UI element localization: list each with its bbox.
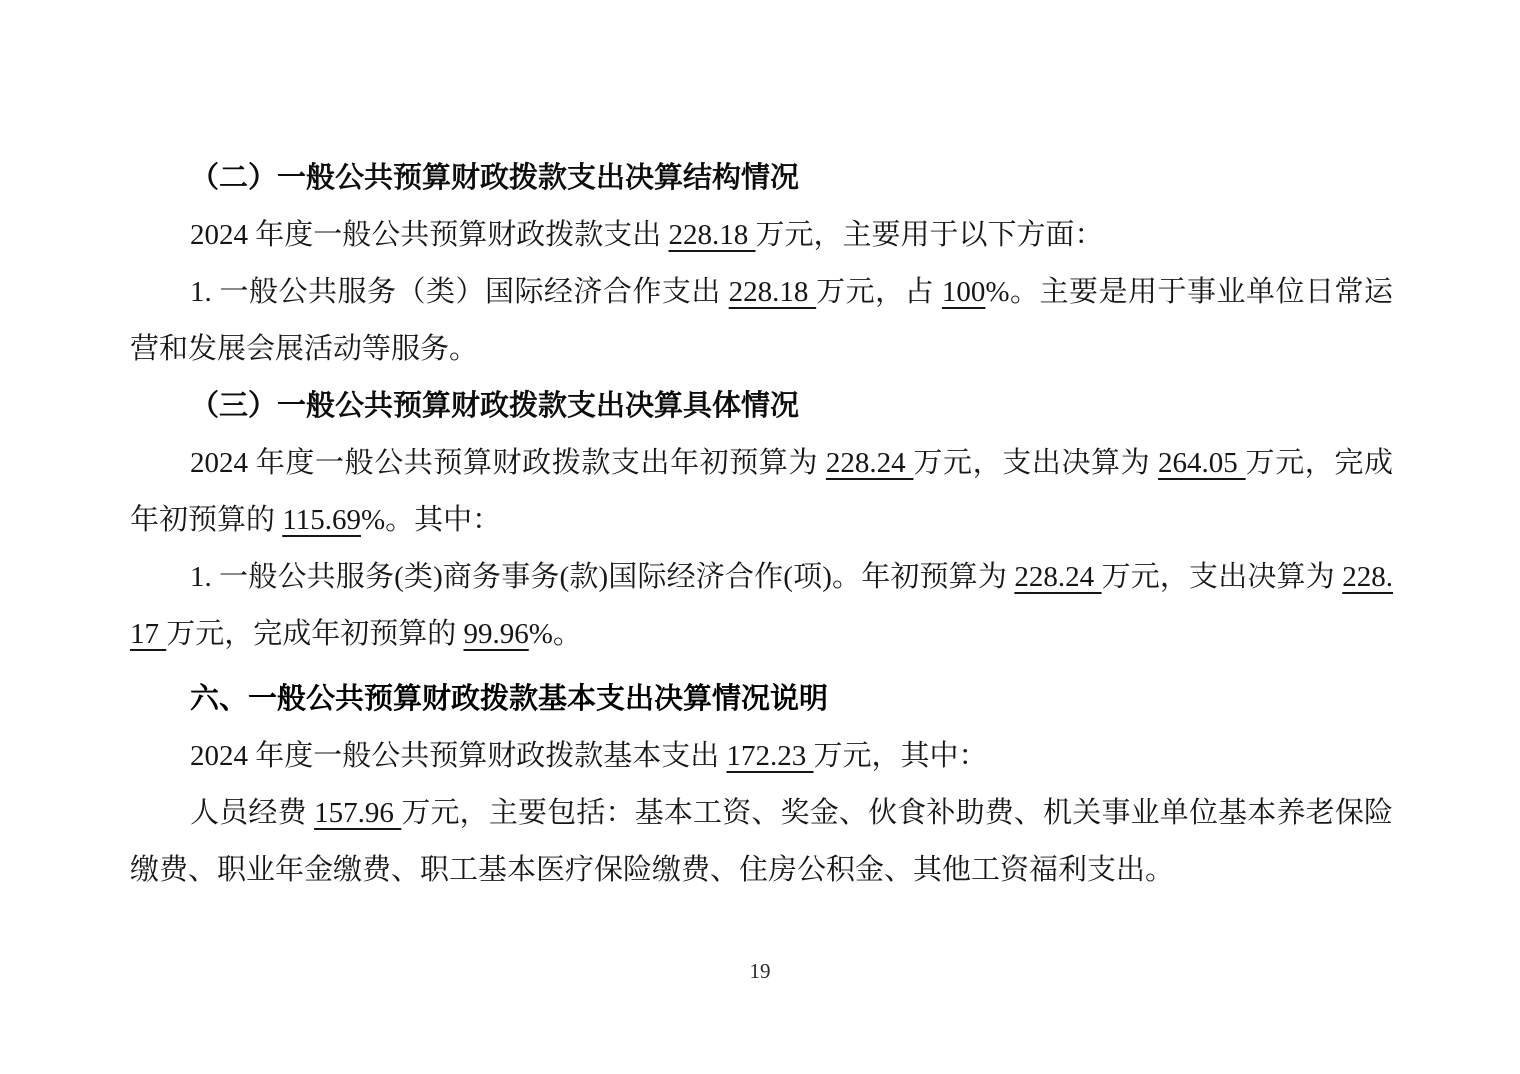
underlined-value: 115.69 xyxy=(282,504,361,536)
underlined-value: 172.23 xyxy=(727,740,814,772)
text-run: %。其中： xyxy=(361,504,501,536)
text-run: 2024 年度一般公共预算财政拨款支出年初预算为 xyxy=(190,447,826,479)
underlined-value: 100 xyxy=(942,276,986,308)
para-general-public-service: 1. 一般公共服务（类）国际经济合作支出 228.18 万元，占 100%。主要… xyxy=(130,264,1393,378)
section-heading-2: （二）一般公共预算财政拨款支出决算结构情况 xyxy=(130,150,1393,207)
para-expenditure-structure: 2024 年度一般公共预算财政拨款支出 228.18 万元，主要用于以下方面： xyxy=(130,207,1393,264)
section-heading-6: 六、一般公共预算财政拨款基本支出决算情况说明 xyxy=(130,671,1393,728)
text-run: 1. 一般公共服务（类）国际经济合作支出 xyxy=(190,276,729,308)
underlined-value: 228.24 xyxy=(1014,561,1101,593)
text-run: 万元，支出决算为 xyxy=(1102,561,1343,593)
text-run: 万元，完成年初预算的 xyxy=(166,618,463,650)
underlined-value: 264.05 xyxy=(1158,447,1246,479)
underlined-value: 99.96 xyxy=(464,618,529,650)
para-basic-expenditure: 2024 年度一般公共预算财政拨款基本支出 172.23 万元，其中： xyxy=(130,728,1393,785)
page-number: 19 xyxy=(0,956,1520,986)
text-run: 2024 年度一般公共预算财政拨款支出 xyxy=(190,219,669,251)
text-run: 六、一般公共预算财政拨款基本支出决算情况说明 xyxy=(190,683,828,715)
text-run: （二）一般公共预算财政拨款支出决算结构情况 xyxy=(190,162,799,194)
para-item-detail: 1. 一般公共服务(类)商务事务(款)国际经济合作(项)。年初预算为 228.2… xyxy=(130,549,1393,663)
section-heading-3: （三）一般公共预算财政拨款支出决算具体情况 xyxy=(130,378,1393,435)
text-run: 2024 年度一般公共预算财政拨款基本支出 xyxy=(190,740,727,772)
text-run: 1. 一般公共服务(类)商务事务(款)国际经济合作(项)。年初预算为 xyxy=(190,561,1014,593)
text-run: 万元，其中： xyxy=(814,740,988,772)
text-run: 人员经费 xyxy=(190,797,314,829)
text-run: %。 xyxy=(529,618,582,650)
underlined-value: 157.96 xyxy=(314,797,401,829)
document-page: { "page": { "background_color": "#ffffff… xyxy=(0,0,1520,1074)
document-body: （二）一般公共预算财政拨款支出决算结构情况 2024 年度一般公共预算财政拨款支… xyxy=(130,150,1393,899)
underlined-value: 228.18 xyxy=(729,276,817,308)
text-run: 万元，占 xyxy=(816,276,942,308)
underlined-value: 228.24 xyxy=(826,447,914,479)
underlined-value: 228.18 xyxy=(669,219,756,251)
text-run: 万元，主要用于以下方面： xyxy=(756,219,1104,251)
para-budget-vs-final: 2024 年度一般公共预算财政拨款支出年初预算为 228.24 万元，支出决算为… xyxy=(130,435,1393,549)
text-run: 万元，支出决算为 xyxy=(913,447,1158,479)
para-personnel-funds: 人员经费 157.96 万元，主要包括：基本工资、奖金、伙食补助费、机关事业单位… xyxy=(130,785,1393,899)
text-run: （三）一般公共预算财政拨款支出决算具体情况 xyxy=(190,390,799,422)
